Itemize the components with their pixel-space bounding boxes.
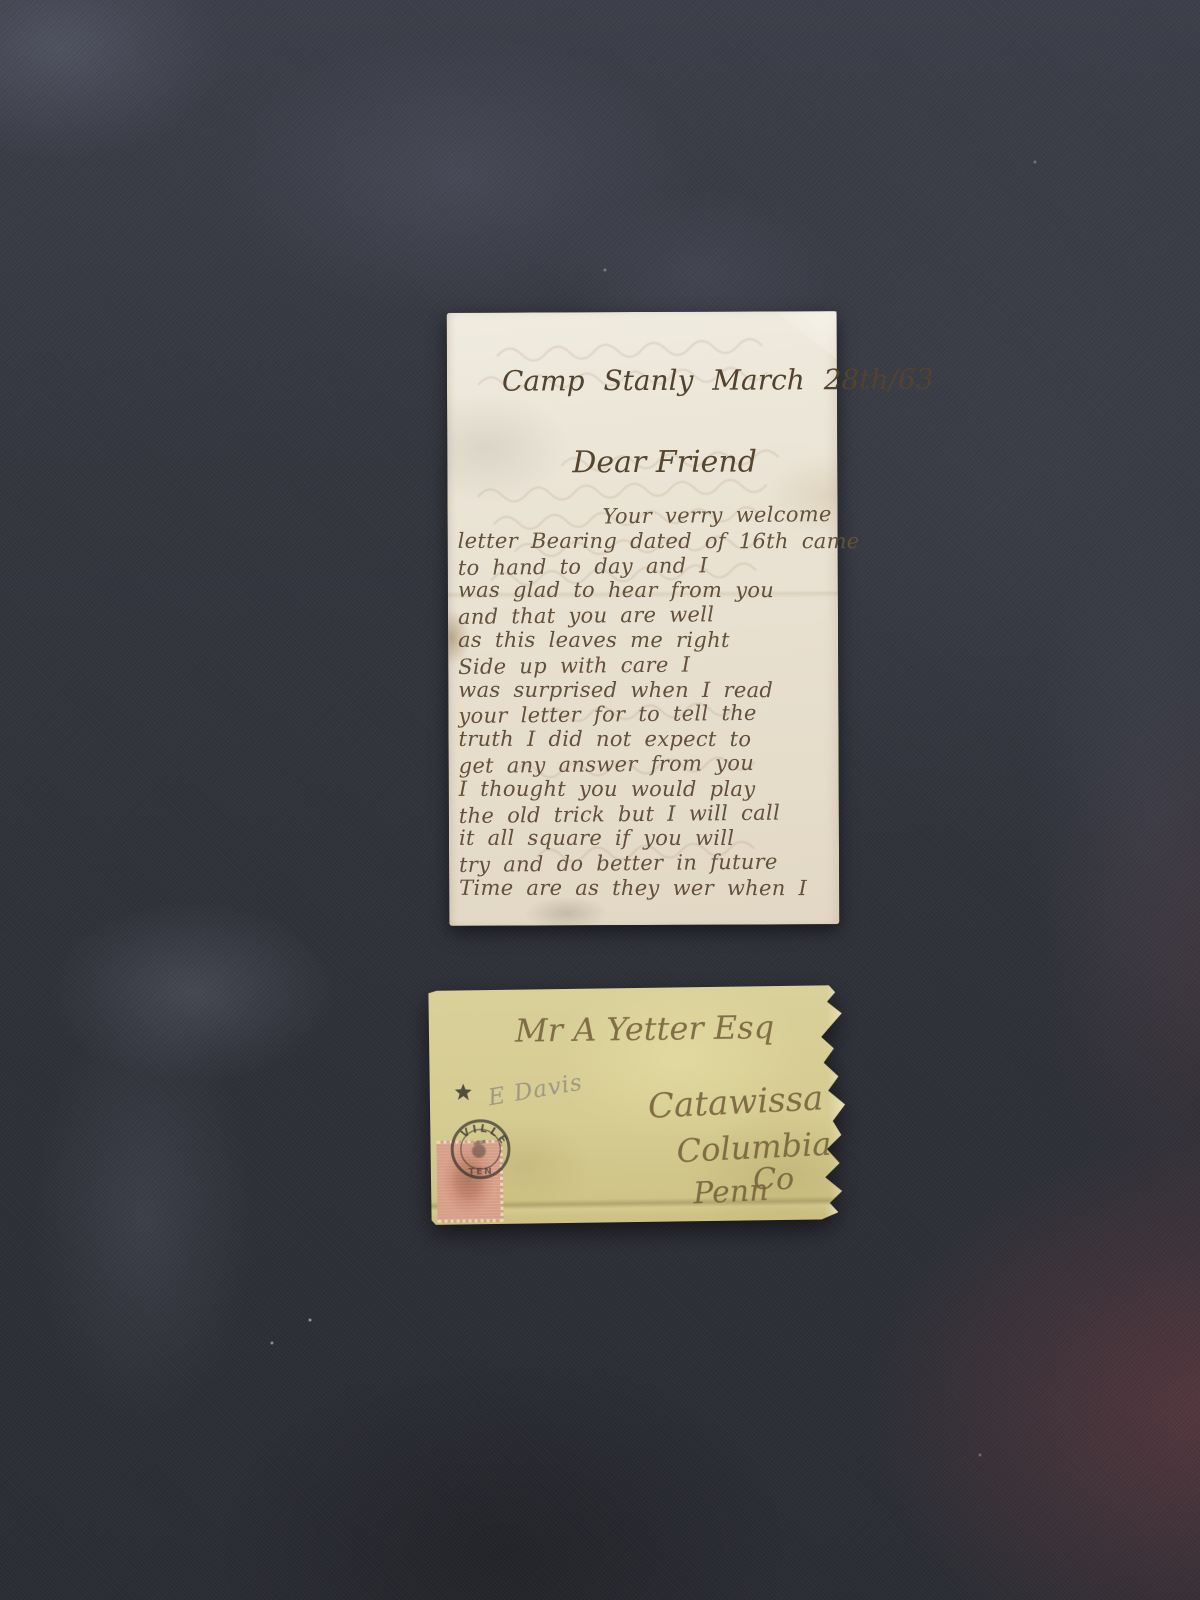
postmark-smudge [455, 1083, 472, 1100]
letter-line: your letter for to tell the [458, 700, 834, 729]
letter-line: Side up with care I [458, 651, 834, 680]
postmark: VILLE TEN [437, 1106, 524, 1193]
letter-line: try and do better in future [459, 849, 835, 878]
letter-corner-fold [775, 311, 837, 359]
letter-line: Your verry welcome [457, 502, 833, 531]
letter-line: truth I did not expect to [459, 727, 835, 752]
letter-line: to hand to day and I [458, 552, 834, 581]
address-line-5: Penn [692, 1173, 769, 1212]
letter-line: get any answer from you [459, 750, 835, 779]
postmark-top-text: VILLE [458, 1121, 511, 1148]
letter-line: as this leaves me right [458, 628, 834, 653]
letter-line: the old trick but I will call [459, 800, 835, 829]
letter-body: Your verry welcome letter Bearing dated … [458, 503, 836, 901]
letter-line: was glad to hear from you [458, 578, 834, 603]
photograph: Camp Stanly March 28th/63 Dear Friend Yo… [0, 0, 1200, 1600]
letter-line: I thought you would play [459, 777, 835, 802]
address-line-1: Mr A Yetter Esq [515, 1008, 775, 1050]
letter-heading: Camp Stanly March 28th/63 [447, 363, 837, 398]
postmark-bottom-text: TEN [468, 1167, 493, 1177]
letter-page: Camp Stanly March 28th/63 Dear Friend Yo… [447, 311, 840, 926]
letter-line: it all square if you will [459, 826, 835, 851]
letter-line: letter Bearing dated of 16th came [458, 529, 834, 554]
envelope-face: VILLE TEN E Davis Mr A Yetter Esq Catawi… [428, 985, 846, 1225]
svg-text:VILLE: VILLE [458, 1121, 511, 1148]
address-line-2: Catawissa [647, 1078, 824, 1127]
letter-line: was surprised when I read [458, 677, 834, 702]
pencil-note: E Davis [486, 1069, 584, 1111]
letter-salutation: Dear Friend [572, 445, 757, 481]
envelope: VILLE TEN E Davis Mr A Yetter Esq Catawi… [428, 985, 846, 1225]
letter-line: and that you are well [458, 601, 834, 630]
letter-line: Time are as they wer when I [459, 876, 835, 901]
